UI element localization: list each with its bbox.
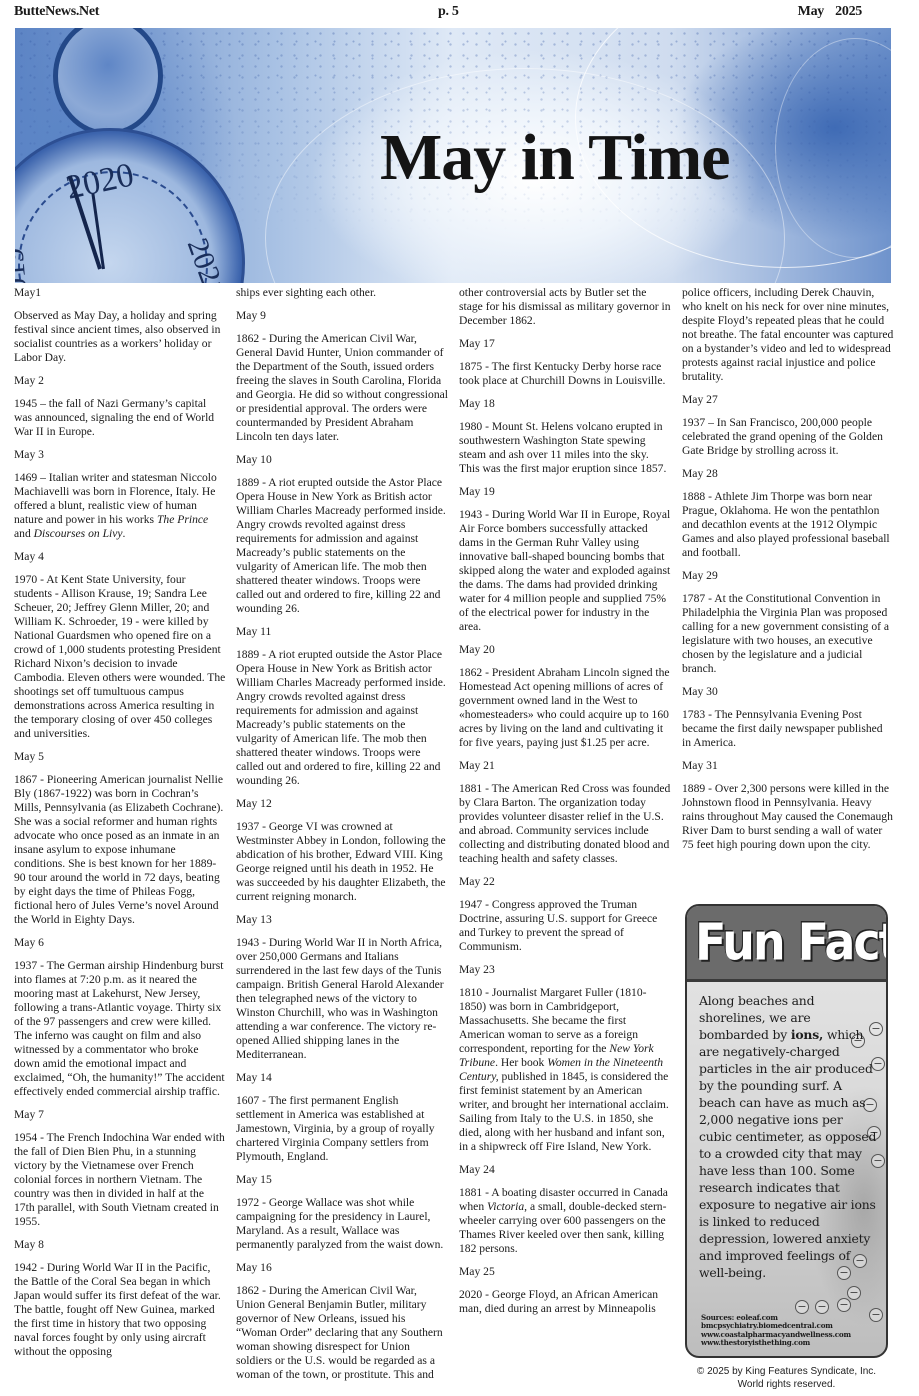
site-name: ButteNews.Net <box>14 4 99 20</box>
ion-icon: − <box>795 1300 809 1314</box>
column-1: May1 Observed as May Day, a holiday and … <box>14 286 226 1368</box>
ion-icon: − <box>847 1286 861 1300</box>
entry-text: 1972 - George Wallace was shot while cam… <box>236 1196 448 1252</box>
entry-text: 1947 - Congress approved the Truman Doct… <box>459 898 671 954</box>
entry-date: May 28 <box>682 467 894 481</box>
entry-text: 1889 - A riot erupted outside the Astor … <box>236 476 448 616</box>
entry-text: 1889 - A riot erupted outside the Astor … <box>236 648 448 788</box>
copyright-notice: © 2025 by King Features Syndicate, Inc. … <box>685 1365 888 1391</box>
entry-text: 1937 – In San Francisco, 200,000 people … <box>682 416 894 458</box>
entry-text: 1937 - George VI was crowned at Westmins… <box>236 820 448 904</box>
column-2: ships ever sighting each other. May 9 18… <box>236 286 448 1391</box>
book-title: The Prince <box>157 513 208 526</box>
entry-date: May 7 <box>14 1108 226 1122</box>
entry-date: May 21 <box>459 759 671 773</box>
entry-text: 1881 - A boating disaster occurred in Ca… <box>459 1186 671 1256</box>
entry-date: May 23 <box>459 963 671 977</box>
entry-date: May 22 <box>459 875 671 889</box>
continued-text: ships ever sighting each other. <box>236 286 448 300</box>
banner-image: 2020 2019 2021 May in Time <box>15 28 891 283</box>
entry-text: 1954 - The French Indochina War ended wi… <box>14 1131 226 1229</box>
entry-date: May1 <box>14 286 226 300</box>
ion-icon: − <box>815 1300 829 1314</box>
entry-text: 1862 - During the American Civil War, Un… <box>236 1284 448 1382</box>
entry-date: May 10 <box>236 453 448 467</box>
entry-text: 1980 - Mount St. Helens volcano erupted … <box>459 420 671 476</box>
entry-date: May 16 <box>236 1261 448 1275</box>
entry-date: May 18 <box>459 397 671 411</box>
entry-text: 1888 - Athlete Jim Thorpe was born near … <box>682 490 894 560</box>
entry-date: May 3 <box>14 448 226 462</box>
entry-text: 1943 - During World War II in North Afri… <box>236 936 448 1062</box>
entry-text: 1787 - At the Constitutional Convention … <box>682 592 894 676</box>
source-line: www.thestoryisthething.com <box>701 1339 887 1347</box>
entry-text: 1783 - The Pennsylvania Evening Post bec… <box>682 708 894 750</box>
entry-date: May 12 <box>236 797 448 811</box>
entry-text: 1881 - The American Red Cross was founde… <box>459 782 671 866</box>
page-number: p. 5 <box>438 4 459 20</box>
entry-text: 1937 - The German airship Hindenburg bur… <box>14 959 226 1099</box>
entry-text: Observed as May Day, a holiday and sprin… <box>14 309 226 365</box>
entry-date: May 24 <box>459 1163 671 1177</box>
entry-date: May 5 <box>14 750 226 764</box>
entry-date: May 13 <box>236 913 448 927</box>
entry-date: May 27 <box>682 393 894 407</box>
fun-fact-body: Along beaches and shorelines, we are bom… <box>699 992 879 1281</box>
entry-text: 1889 - Over 2,300 persons were killed in… <box>682 782 894 852</box>
issue-date: May 2025 <box>798 4 862 20</box>
emphasis-ions: ions, <box>791 1027 823 1042</box>
entry-text: 1862 - During the American Civil War, Ge… <box>236 332 448 444</box>
entry-date: May 8 <box>14 1238 226 1252</box>
entry-date: May 14 <box>236 1071 448 1085</box>
fun-fact-title: Fun Fact <box>695 912 888 971</box>
column-3: other controversial acts by Butler set t… <box>459 286 671 1325</box>
entry-date: May 9 <box>236 309 448 323</box>
entry-date: May 17 <box>459 337 671 351</box>
entry-text: 1970 - At Kent State University, four st… <box>14 573 226 741</box>
entry-date: May 15 <box>236 1173 448 1187</box>
masthead: ButteNews.Net p. 5 May 2025 <box>14 4 872 24</box>
entry-text: 1945 – the fall of Nazi Germany’s capita… <box>14 397 226 439</box>
entry-date: May 25 <box>459 1265 671 1279</box>
fun-fact-box: Fun Fact − − − − − − − − − − − − − Along… <box>685 904 888 1358</box>
entry-date: May 11 <box>236 625 448 639</box>
book-title: Discourses on Livy <box>34 527 123 540</box>
column-4: police officers, including Derek Chauvin… <box>682 286 894 861</box>
entry-text: 1942 - During World War II in the Pacifi… <box>14 1261 226 1359</box>
fun-fact-header: Fun Fact <box>687 906 886 982</box>
entry-date: May 19 <box>459 485 671 499</box>
entry-date: May 6 <box>14 936 226 950</box>
entry-text: 1943 - During World War II in Europe, Ro… <box>459 508 671 634</box>
entry-date: May 2 <box>14 374 226 388</box>
entry-text: 1867 - Pioneering American journalist Ne… <box>14 773 226 927</box>
ship-name: Victoria <box>487 1200 524 1213</box>
entry-text: 1875 - The first Kentucky Derby horse ra… <box>459 360 671 388</box>
entry-date: May 4 <box>14 550 226 564</box>
ion-icon: − <box>837 1298 851 1312</box>
entry-date: May 29 <box>682 569 894 583</box>
entry-text: 1607 - The first permanent English settl… <box>236 1094 448 1164</box>
continued-text: police officers, including Derek Chauvin… <box>682 286 894 384</box>
continued-text: other controversial acts by Butler set t… <box>459 286 671 328</box>
entry-text: 1862 - President Abraham Lincoln signed … <box>459 666 671 750</box>
entry-text: 2020 - George Floyd, an African American… <box>459 1288 671 1316</box>
fun-fact-sources: Sources: eoleaf.com bmcpsychiatry.biomed… <box>701 1314 887 1348</box>
page-title: May in Time <box>380 120 730 196</box>
entry-text: 1469 – Italian writer and statesman Nicc… <box>14 471 226 541</box>
entry-date: May 31 <box>682 759 894 773</box>
entry-text: 1810 - Journalist Margaret Fuller (1810-… <box>459 986 671 1154</box>
entry-date: May 20 <box>459 643 671 657</box>
entry-date: May 30 <box>682 685 894 699</box>
